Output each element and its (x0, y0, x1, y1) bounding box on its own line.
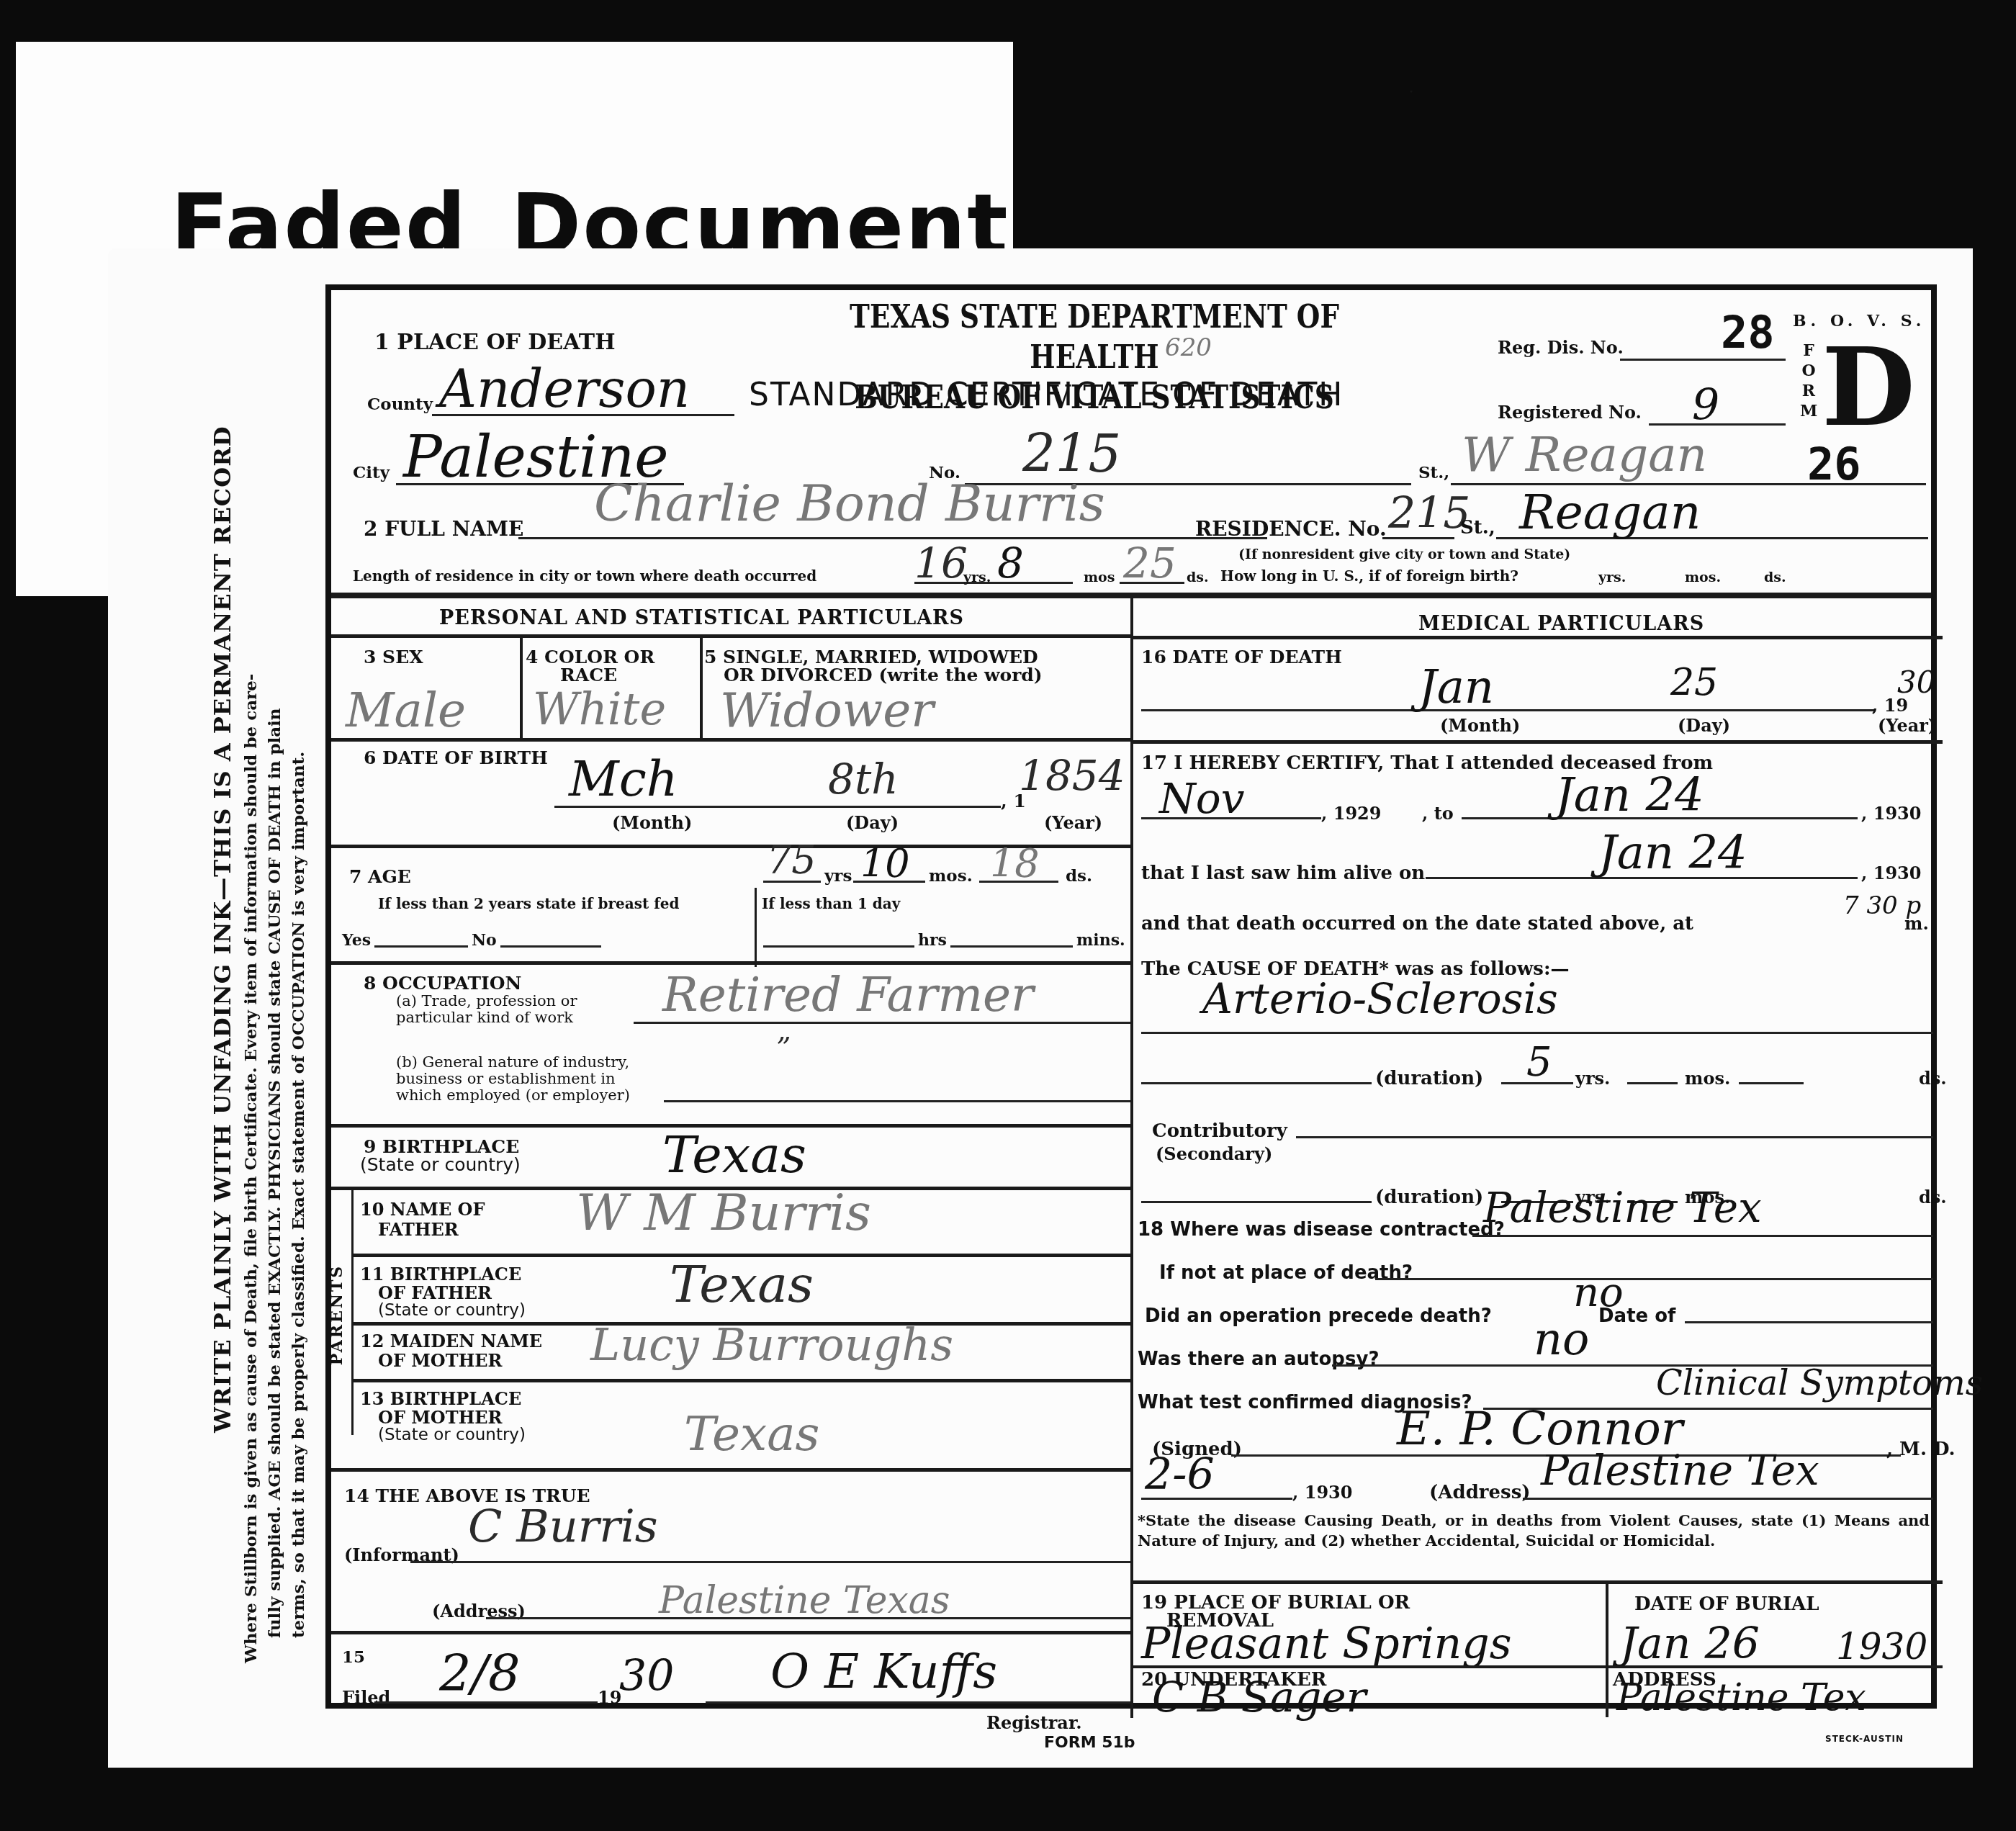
signed-date-value: 2-6 (1145, 1449, 1215, 1500)
full-name-label: 2 FULL NAME (364, 517, 523, 541)
duration-years-value: 5 (1526, 1039, 1552, 1086)
occupation-b-value: ” (776, 1032, 791, 1065)
dod-day-value: 25 (1670, 661, 1718, 704)
margin-line-2: Where Stillborn is given as cause of Dea… (239, 288, 263, 1728)
full-name-value: Charlie Bond Burris (594, 474, 1105, 533)
dob-day-value: 8th (828, 755, 899, 804)
burial-year-value: 1930 (1836, 1626, 1927, 1668)
occupation-a-label-2: particular kind of work (396, 1009, 573, 1026)
operation-label: Did an operation precede death? (1145, 1305, 1492, 1327)
foreign-birth-label: How long in U. S., if of foreign birth? (1220, 567, 1518, 585)
form-letter-r: R (1800, 381, 1817, 401)
residence-st-value: Reagan (1519, 485, 1701, 540)
registrar-label: Registrar. (986, 1712, 1082, 1733)
duration-years-label: yrs. (1575, 1068, 1610, 1089)
undertaker-value: C B Sager (1152, 1673, 1366, 1722)
dob-year-value: 1854 (1019, 751, 1125, 800)
father-name-value: W M Burris (576, 1183, 871, 1242)
sex-label: 3 SEX (364, 647, 423, 667)
mother-name-label-2: OF MOTHER (378, 1350, 503, 1371)
breast-fed-yes-label: Yes (342, 931, 371, 950)
reg-dis-label: Reg. Dis. No. (1498, 337, 1624, 358)
undertaker-address-value: Palestine Tex (1616, 1676, 1866, 1719)
county-label: County (367, 395, 433, 414)
mother-birthplace-value: Texas (684, 1406, 819, 1462)
occupation-b-label-1: (b) General nature of industry, (396, 1053, 629, 1071)
parents-side-label: PARENTS (328, 1264, 346, 1365)
personal-section-title: PERSONAL AND STATISTICAL PARTICULARS (439, 607, 964, 629)
form-vertical-label: F O R M (1800, 341, 1817, 421)
dod-year-value: 30 (1897, 665, 1935, 700)
residence-st-label: St., (1460, 517, 1495, 539)
medical-section-title: MEDICAL PARTICULARS (1418, 613, 1704, 635)
mother-name-value: Lucy Burroughs (590, 1318, 953, 1371)
dod-label: 16 DATE OF DEATH (1141, 647, 1342, 667)
md-label: , M. D. (1886, 1439, 1956, 1460)
margin-line-heading: WRITE PLAINLY WITH UNFADING INK—THIS IS … (209, 288, 236, 1728)
mins-label: mins. (1076, 931, 1125, 950)
less-than-day-label: If less than 1 day (762, 895, 900, 912)
dob-year-caption: (Year) (1044, 812, 1102, 833)
age-years-value: 75 (767, 837, 816, 883)
occupation-a-label-1: (a) Trade, profession or (396, 992, 577, 1009)
last-saw-year: , 1930 (1861, 863, 1922, 883)
dod-year-caption: (Year) (1878, 715, 1936, 736)
informant-address-value: Palestine Texas (659, 1579, 950, 1622)
header-dept: TEXAS STATE DEPARTMENT OF HEALTH (788, 297, 1400, 378)
cause-footnote: *State the disease Causing Death, or in … (1138, 1511, 1930, 1551)
filed-number: 15 (342, 1647, 365, 1667)
duration-days-label: ds. (1919, 1068, 1947, 1089)
father-birthplace-label-3: (State or country) (378, 1301, 526, 1320)
father-birthplace-label-2: OF FATHER (378, 1282, 492, 1303)
burial-date-label: DATE OF BURIAL (1634, 1593, 1819, 1615)
filed-label: Filed (342, 1687, 390, 1708)
filed-date-value: 2/8 (439, 1644, 521, 1703)
birthplace-value: Texas (662, 1125, 806, 1184)
residence-label: RESIDENCE. No. (1195, 517, 1387, 541)
place-of-death-label: 1 PLACE OF DEATH (374, 330, 616, 355)
residence-days-value: 25 (1123, 539, 1176, 588)
occupation-label: 8 OCCUPATION (364, 973, 521, 994)
to-label: , to (1422, 803, 1454, 824)
attended-from-year: , 1929 (1321, 803, 1382, 824)
city-label: City (353, 463, 390, 482)
burial-date-value: Jan 26 (1620, 1619, 1760, 1669)
last-saw-value: Jan 24 (1598, 827, 1747, 880)
margin-instructions: WRITE PLAINLY WITH UNFADING INK—THIS IS … (209, 288, 317, 1728)
hrs-label: hrs (918, 931, 947, 950)
age-label: 7 AGE (349, 866, 411, 887)
margin-line-3: fully supplied. AGE should be stated EXA… (263, 288, 287, 1728)
age-days-value: 18 (990, 841, 1040, 886)
mother-name-label-1: 12 MAIDEN NAME (360, 1331, 542, 1351)
margin-line-4: terms, so that it may be properly classi… (287, 288, 310, 1728)
residence-length-label: Length of residence in city or town wher… (353, 567, 816, 585)
birthplace-label-2: (State or country) (360, 1154, 521, 1175)
father-name-label-2: FATHER (378, 1219, 459, 1240)
form-number: FORM 51b (1044, 1734, 1135, 1752)
residence-no-value: 215 (1388, 488, 1471, 539)
age-months-value: 10 (860, 841, 910, 886)
form-letter-f: F (1800, 341, 1817, 361)
occupation-b-label-3: which employed (or employer) (396, 1087, 630, 1104)
autopsy-label: Was there an autopsy? (1138, 1349, 1379, 1370)
filed-year-value: 30 (619, 1651, 674, 1701)
death-occurred-label: and that death occurred on the date stat… (1141, 913, 1693, 935)
physician-address-label: (Address) (1429, 1482, 1531, 1503)
registrar-signature: O E Kuffs (770, 1644, 997, 1699)
reg-dis-value: 28 (1721, 306, 1775, 359)
form-letter-o: O (1800, 361, 1817, 381)
registered-label: Registered No. (1498, 402, 1642, 423)
residence-years-value: 16 (914, 539, 968, 588)
disease-contracted-value: Palestine Tex (1483, 1183, 1762, 1232)
signed-year: , 1930 (1292, 1482, 1353, 1503)
m-label: m. (1904, 913, 1929, 934)
dod-month-value: Jan (1418, 661, 1494, 714)
death-certificate: 1 PLACE OF DEATH TEXAS STATE DEPARTMENT … (325, 284, 1937, 1709)
residence-days-label: ds. (1187, 570, 1209, 585)
informant-value: C Burris (468, 1500, 658, 1552)
foreign-years-label: yrs. (1598, 570, 1626, 585)
breast-fed-label: If less than 2 years state if breast fed (378, 895, 679, 912)
dob-month-value: Mch (569, 751, 678, 808)
form-letter-m: M (1800, 401, 1817, 421)
dob-label: 6 DATE OF BIRTH (364, 747, 548, 768)
contributory-label: Contributory (1152, 1120, 1287, 1142)
secondary-label: (Secondary) (1156, 1143, 1272, 1164)
county-value: Anderson (439, 359, 690, 419)
printer-mark: STECK-AUSTIN (1825, 1734, 1904, 1744)
disease-contracted-label: 18 Where was disease contracted? (1138, 1219, 1505, 1241)
foreign-months-label: mos. (1685, 570, 1721, 585)
registered-value: 9 (1692, 380, 1719, 431)
age-months-label: mos. (929, 866, 973, 886)
filed-year-prefix: 19 (598, 1687, 621, 1708)
attended-to-year: , 1930 (1861, 803, 1922, 824)
duration-label: (duration) (1375, 1068, 1483, 1089)
foreign-days-label: ds. (1764, 570, 1786, 585)
duration-secondary-days-label: ds. (1919, 1187, 1947, 1207)
physician-address-value: Palestine Tex (1541, 1446, 1819, 1495)
dod-month-caption: (Month) (1440, 715, 1520, 736)
attended-to-value: Jan 24 (1555, 769, 1704, 822)
dob-day-caption: (Day) (846, 812, 899, 833)
duration-secondary-label: (duration) (1375, 1187, 1483, 1208)
occupation-b-label-2: business or establishment in (396, 1070, 616, 1087)
header-standard-certificate: STANDARD CERTIFICATE OF DEATH (749, 377, 1344, 413)
not-at-place-label: If not at place of death? (1159, 1262, 1413, 1284)
nonresident-note: (If nonresident give city or town and St… (1238, 546, 1570, 562)
race-value: White (533, 683, 666, 735)
last-saw-label: that I last saw him alive on (1141, 863, 1425, 884)
residence-years-label: yrs. (963, 570, 991, 585)
father-birthplace-label-1: 11 BIRTHPLACE (360, 1264, 521, 1285)
sex-value: Male (346, 683, 466, 738)
attended-from-value: Nov (1159, 774, 1244, 823)
age-days-label: ds. (1066, 866, 1092, 886)
city-st-value: W Reagan (1462, 427, 1707, 482)
marital-value: Widower (720, 683, 934, 738)
dod-day-caption: (Day) (1678, 715, 1730, 736)
operation-date-label: Date of (1598, 1305, 1675, 1327)
residence-months-label: mos (1084, 570, 1115, 585)
dob-month-caption: (Month) (612, 812, 692, 833)
duration-months-label: mos. (1685, 1068, 1730, 1089)
breast-fed-no-label: No (472, 931, 497, 950)
form-letter-d: D (1822, 341, 1915, 434)
father-birthplace-value: Texas (670, 1255, 814, 1314)
burial-place-value: Pleasant Springs (1141, 1619, 1511, 1669)
diagnosis-test-value: Clinical Symptoms (1656, 1363, 1983, 1403)
occupation-value: Retired Farmer (662, 967, 1034, 1022)
autopsy-value: no (1534, 1313, 1589, 1365)
side-number: 26 (1807, 438, 1861, 490)
mother-birthplace-label-3: (State or country) (378, 1426, 526, 1444)
pencil-note: 620 (1165, 333, 1212, 362)
city-st-label: St., (1418, 463, 1449, 482)
mother-birthplace-label-2: OF MOTHER (378, 1407, 503, 1428)
father-name-label-1: 10 NAME OF (360, 1199, 485, 1220)
age-years-label: yrs (824, 866, 852, 886)
mother-birthplace-label-1: 13 BIRTHPLACE (360, 1388, 521, 1409)
residence-months-value: 8 (997, 539, 1024, 588)
cause-of-death-value: Arterio-Sclerosis (1202, 974, 1558, 1023)
